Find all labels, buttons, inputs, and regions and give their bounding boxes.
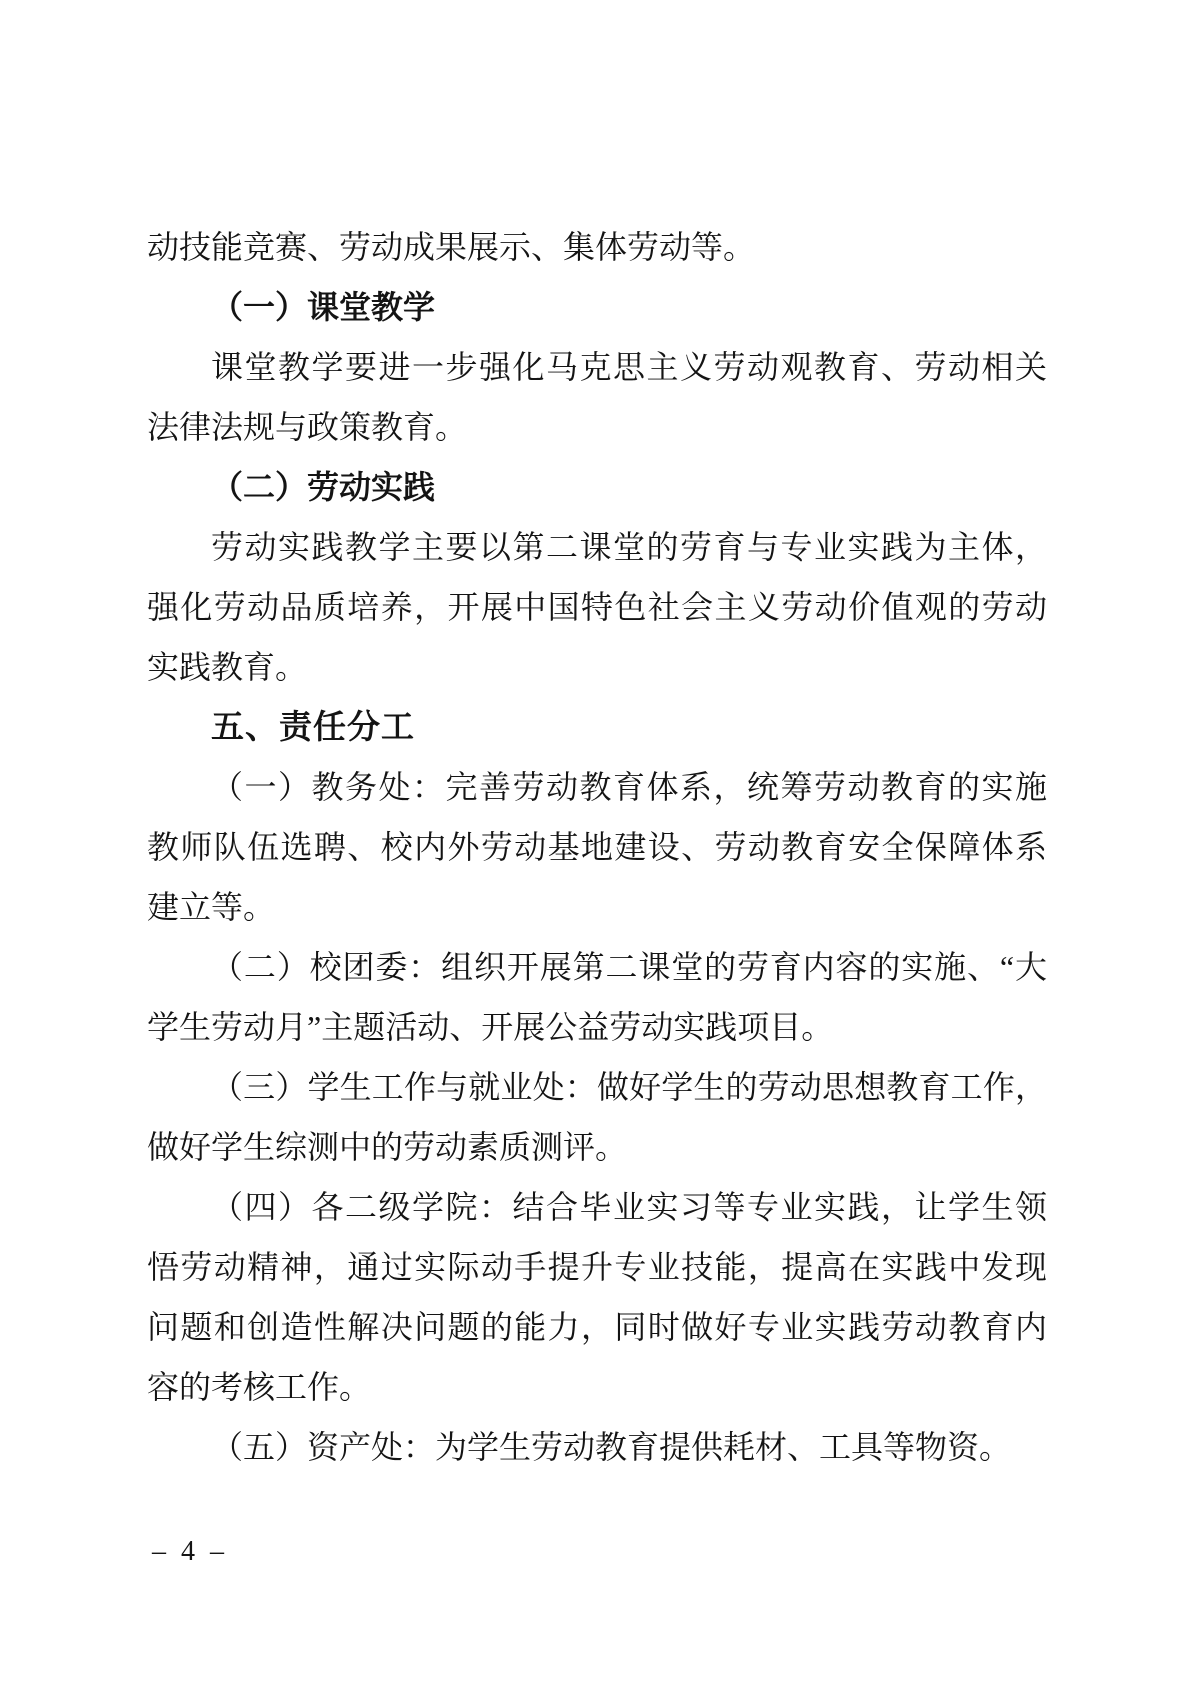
text-line: 实践教育。: [147, 637, 1047, 697]
document-page: 动技能竞赛、劳动成果展示、集体劳动等。（一）课堂教学课堂教学要进一步强化马克思主…: [0, 0, 1191, 1684]
text-line: （二）校团委：组织开展第二课堂的劳育内容的实施、“大: [147, 937, 1047, 997]
text-line: （二）劳动实践: [147, 457, 1047, 517]
text-line: 法律法规与政策教育。: [147, 397, 1047, 457]
body-paragraph: （五）资产处：为学生劳动教育提供耗材、工具等物资。: [147, 1417, 1047, 1477]
body-paragraph: 课堂教学要进一步强化马克思主义劳动观教育、劳动相关法律法规与政策教育。: [147, 337, 1047, 457]
text-line: 五、责任分工: [147, 697, 1047, 757]
text-line: 课堂教学要进一步强化马克思主义劳动观教育、劳动相关: [147, 337, 1047, 397]
text-line: （五）资产处：为学生劳动教育提供耗材、工具等物资。: [147, 1417, 1047, 1477]
body-paragraph: （三）学生工作与就业处：做好学生的劳动思想教育工作，做好学生综测中的劳动素质测评…: [147, 1057, 1047, 1177]
text-line: 劳动实践教学主要以第二课堂的劳育与专业实践为主体，: [147, 517, 1047, 577]
body-paragraph: （一）教务处：完善劳动教育体系，统筹劳动教育的实施教师队伍选聘、校内外劳动基地建…: [147, 757, 1047, 937]
text-line: 问题和创造性解决问题的能力，同时做好专业实践劳动教育内: [147, 1297, 1047, 1357]
text-line: 悟劳动精神，通过实际动手提升专业技能，提高在实践中发现: [147, 1237, 1047, 1297]
text-line: 学生劳动月”主题活动、开展公益劳动实践项目。: [147, 997, 1047, 1057]
body-paragraph: （四）各二级学院：结合毕业实习等专业实践，让学生领悟劳动精神，通过实际动手提升专…: [147, 1177, 1047, 1417]
text-line: 建立等。: [147, 877, 1047, 937]
text-line: （一）教务处：完善劳动教育体系，统筹劳动教育的实施: [147, 757, 1047, 817]
text-line: 容的考核工作。: [147, 1357, 1047, 1417]
text-line: （一）课堂教学: [147, 277, 1047, 337]
text-line: 教师队伍选聘、校内外劳动基地建设、劳动教育安全保障体系: [147, 817, 1047, 877]
text-line: 做好学生综测中的劳动素质测评。: [147, 1117, 1047, 1177]
body-paragraph: （二）校团委：组织开展第二课堂的劳育内容的实施、“大学生劳动月”主题活动、开展公…: [147, 937, 1047, 1057]
text-line: （四）各二级学院：结合毕业实习等专业实践，让学生领: [147, 1177, 1047, 1237]
text-line: 强化劳动品质培养，开展中国特色社会主义劳动价值观的劳动: [147, 577, 1047, 637]
document-body: 动技能竞赛、劳动成果展示、集体劳动等。（一）课堂教学课堂教学要进一步强化马克思主…: [147, 217, 1047, 1477]
body-paragraph: 动技能竞赛、劳动成果展示、集体劳动等。: [147, 217, 1047, 277]
body-paragraph: 劳动实践教学主要以第二课堂的劳育与专业实践为主体，强化劳动品质培养，开展中国特色…: [147, 517, 1047, 697]
page-number: – 4 –: [152, 1523, 228, 1581]
section-heading: 五、责任分工: [147, 697, 1047, 757]
subheading: （一）课堂教学: [147, 277, 1047, 337]
text-line: （三）学生工作与就业处：做好学生的劳动思想教育工作，: [147, 1057, 1047, 1117]
subheading: （二）劳动实践: [147, 457, 1047, 517]
text-line: 动技能竞赛、劳动成果展示、集体劳动等。: [147, 217, 1047, 277]
